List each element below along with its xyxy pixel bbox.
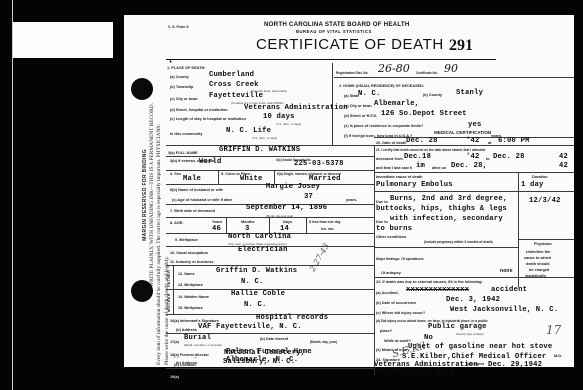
margin-note-1: Every item of information should be care… (156, 25, 163, 365)
film-label-tab (13, 22, 113, 58)
filed-label: 19(a) (170, 375, 179, 379)
filing-row: 19(a) (166, 0, 574, 390)
margin-heading: MARGIN RESERVED FOR BINDING (142, 25, 149, 365)
film-edge-line (12, 0, 13, 390)
